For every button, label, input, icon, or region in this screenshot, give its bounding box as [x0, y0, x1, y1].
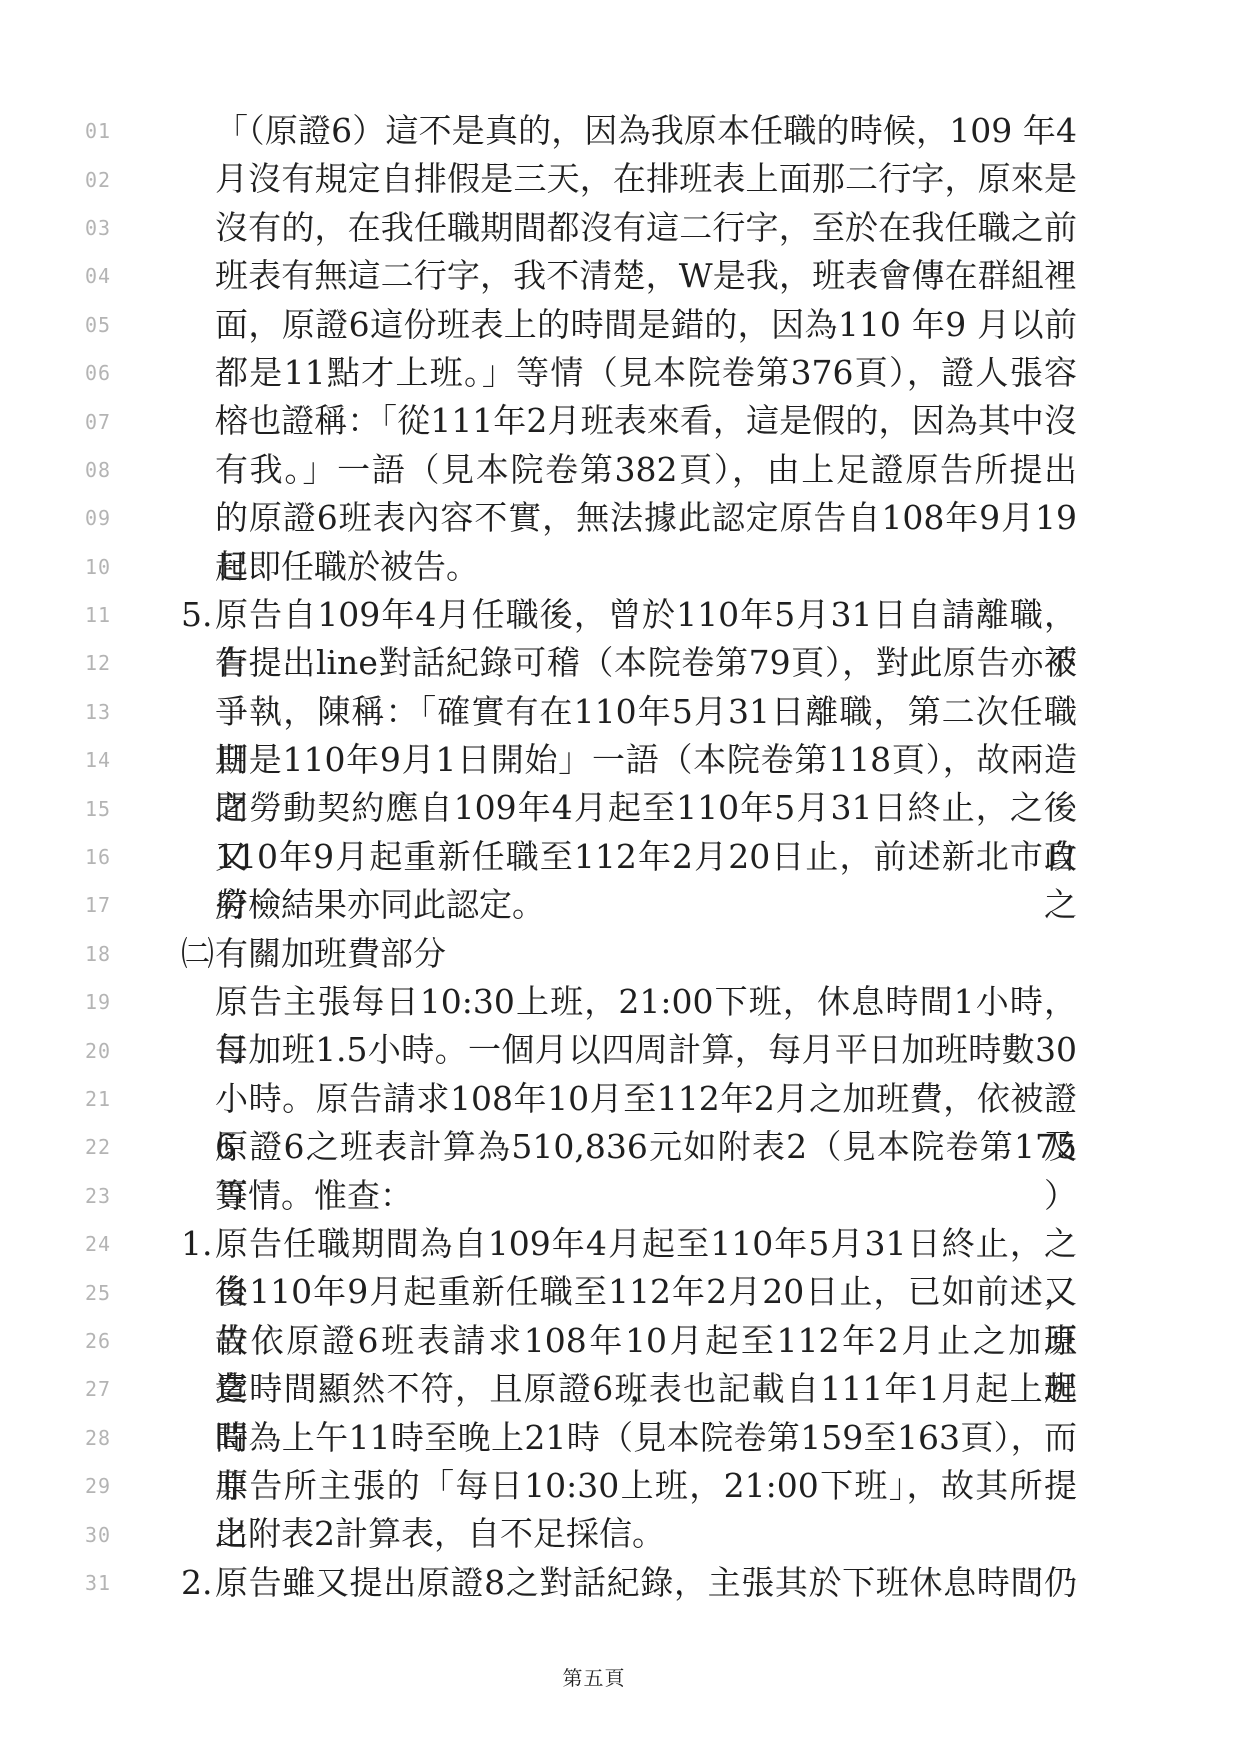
line-number: 20: [85, 1039, 111, 1063]
line-number: 09: [85, 506, 111, 530]
line-number: 11: [85, 603, 111, 627]
line-text: 之附表2計算表，自不足採信。: [215, 1510, 1077, 1558]
text-line: 18 ㈡ 有關加班費部分: [0, 930, 1240, 978]
text-line: 07 榕也證稱：「從111年2月班表來看，這是假的，因為其中沒: [0, 397, 1240, 445]
text-line: 09 的原證6班表內容不實，無法據此認定原告自108年9月19日: [0, 494, 1240, 542]
line-number: 06: [85, 361, 111, 385]
text-line: 16 110年9月起重新任職至112年2月20日止，前述新北市政府之: [0, 833, 1240, 881]
list-marker: 5.: [181, 591, 213, 639]
line-number: 27: [85, 1377, 111, 1401]
text-line: 30 之附表2計算表，自不足採信。: [0, 1510, 1240, 1558]
text-line: 12 告提出line對話紀錄可稽（本院卷第79頁），對此原告亦不: [0, 639, 1240, 687]
text-line: 31 2. 原告雖又提出原證8之對話紀錄，主張其於下班休息時間仍: [0, 1559, 1240, 1607]
line-number: 15: [85, 797, 111, 821]
text-line: 10 起即任職於被告。: [0, 543, 1240, 591]
line-number: 23: [85, 1184, 111, 1208]
line-number: 29: [85, 1474, 111, 1498]
line-number: 02: [85, 168, 111, 192]
text-line: 19 原告主張每日10:30上班，21:00下班，休息時間1小時，每: [0, 978, 1240, 1026]
line-number: 25: [85, 1281, 111, 1305]
line-text: 有關加班費部分: [215, 930, 1077, 978]
text-line: 24 1. 原告任職期間為自109年4月起至110年5月31日終止，之後又: [0, 1220, 1240, 1268]
line-number: 08: [85, 458, 111, 482]
line-number: 13: [85, 700, 111, 724]
line-text: 月沒有規定自排假是三天，在排班表上面那二行字，原來是: [215, 155, 1077, 203]
text-line: 27 迄時間顯然不符，且原證6班表也記載自111年1月起上班時: [0, 1365, 1240, 1413]
page-footer: 第五頁: [563, 1666, 626, 1690]
text-line: 02 月沒有規定自排假是三天，在排班表上面那二行字，原來是: [0, 155, 1240, 203]
line-number: 14: [85, 748, 111, 772]
line-number: 10: [85, 555, 111, 579]
text-line: 23 等情。惟查：: [0, 1172, 1240, 1220]
line-number: 07: [85, 410, 111, 434]
text-line: 26 告依原證6班表請求108年10月起至112年2月止之加班費，起: [0, 1317, 1240, 1365]
line-number: 19: [85, 990, 111, 1014]
text-line: 22 原證6之班表計算為510,836元如附表2（見本院卷第175頁）: [0, 1123, 1240, 1171]
text-line: 08 有我。」一語（見本院卷第382頁），由上足證原告所提出: [0, 446, 1240, 494]
line-text: 沒有的，在我任職期間都沒有這二行字，至於在我任職之前: [215, 204, 1077, 252]
line-text: 榕也證稱：「從111年2月班表來看，這是假的，因為其中沒: [215, 397, 1077, 445]
line-number: 30: [85, 1523, 111, 1547]
line-text: 告提出line對話紀錄可稽（本院卷第79頁），對此原告亦不: [215, 639, 1077, 687]
text-line: 28 間為上午11時至晚上21時（見本院卷第159至163頁），而非: [0, 1414, 1240, 1462]
text-line: 21 小時。原告請求108年10月至112年2月之加班費，依被證6及: [0, 1075, 1240, 1123]
text-line: 14 期是110年9月1日開始」一語（本院卷第118頁），故兩造間: [0, 736, 1240, 784]
text-line: 11 5. 原告自109年4月任職後，曾於110年5月31日自請離職，有被: [0, 591, 1240, 639]
line-text: 原告雖又提出原證8之對話紀錄，主張其於下班休息時間仍: [215, 1559, 1077, 1607]
line-number: 24: [85, 1232, 111, 1256]
line-text: 班表有無這二行字，我不清楚，W是我，班表會傳在群組裡: [215, 252, 1077, 300]
text-line: 13 爭執，陳稱：「確實有在110年5月31日離職，第二次任職日: [0, 688, 1240, 736]
text-line: 25 自110年9月起重新任職至112年2月20日止，已如前述，故原: [0, 1268, 1240, 1316]
line-number: 17: [85, 893, 111, 917]
line-number: 03: [85, 216, 111, 240]
list-marker: 1.: [181, 1220, 213, 1268]
text-line: 29 原告所主張的「每日10:30上班，21:00下班」，故其所提出: [0, 1462, 1240, 1510]
line-number: 26: [85, 1329, 111, 1353]
text-line: 04 班表有無這二行字，我不清楚，W是我，班表會傳在群組裡: [0, 252, 1240, 300]
line-text: 日加班1.5小時。一個月以四周計算，每月平日加班時數30: [215, 1026, 1077, 1074]
text-line: 03 沒有的，在我任職期間都沒有這二行字，至於在我任職之前: [0, 204, 1240, 252]
line-text: 「（原證6）這不是真的，因為我原本任職的時候，109 年4: [215, 107, 1077, 155]
line-text: 面，原證6這份班表上的時間是錯的，因為110 年9 月以前: [215, 301, 1077, 349]
document-body: 01 「（原證6）這不是真的，因為我原本任職的時候，109 年4 02 月沒有規…: [0, 107, 1240, 1607]
text-line: 20 日加班1.5小時。一個月以四周計算，每月平日加班時數30: [0, 1026, 1240, 1074]
list-marker: ㈡: [181, 930, 214, 978]
text-line: 06 都是11點才上班。」等情（見本院卷第376頁），證人張容: [0, 349, 1240, 397]
line-number: 04: [85, 264, 111, 288]
line-number: 22: [85, 1135, 111, 1159]
line-number: 01: [85, 119, 111, 143]
line-number: 21: [85, 1087, 111, 1111]
line-text: 等情。惟查：: [215, 1172, 1077, 1220]
text-line: 15 之勞動契約應自109年4月起至110年5月31日終止，之後又自: [0, 784, 1240, 832]
line-text: 有我。」一語（見本院卷第382頁），由上足證原告所提出: [215, 446, 1077, 494]
line-number: 31: [85, 1571, 111, 1595]
line-number: 16: [85, 845, 111, 869]
list-marker: 2.: [181, 1559, 213, 1607]
line-number: 05: [85, 313, 111, 337]
line-text: 勞檢結果亦同此認定。: [215, 881, 1077, 929]
document-page: { "document": { "footer": "第五頁", "colors…: [0, 0, 1240, 1755]
line-number: 18: [85, 942, 111, 966]
text-line: 01 「（原證6）這不是真的，因為我原本任職的時候，109 年4: [0, 107, 1240, 155]
line-text: 都是11點才上班。」等情（見本院卷第376頁），證人張容: [215, 349, 1077, 397]
text-line: 05 面，原證6這份班表上的時間是錯的，因為110 年9 月以前: [0, 301, 1240, 349]
text-line: 17 勞檢結果亦同此認定。: [0, 881, 1240, 929]
line-text: 起即任職於被告。: [215, 543, 1077, 591]
line-number: 28: [85, 1426, 111, 1450]
line-number: 12: [85, 651, 111, 675]
